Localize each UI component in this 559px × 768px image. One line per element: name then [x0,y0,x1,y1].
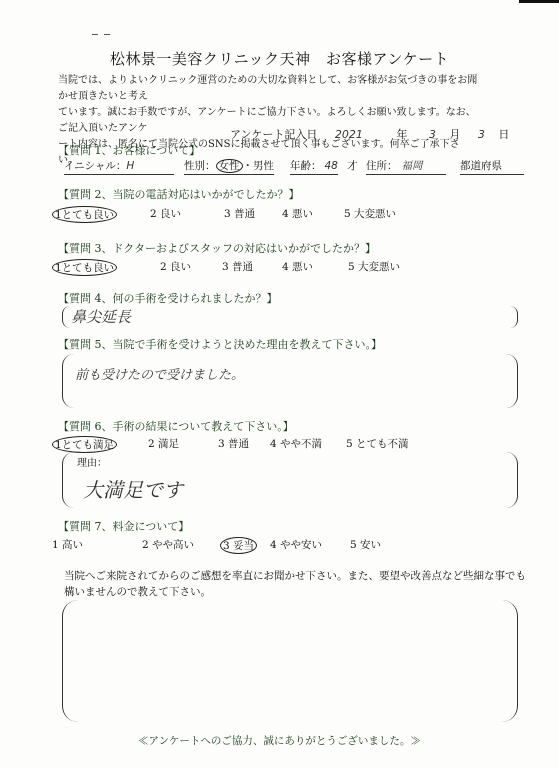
q3-option-3[interactable]: 3 普通 [222,259,253,274]
address-label: 住所： [366,160,398,172]
address-value: 福岡 [402,160,423,172]
q7-option-4[interactable]: 4 やや安い [270,537,322,552]
q6-option-3[interactable]: 3 普通 [218,436,249,451]
q6-option-1[interactable]: 1とても満足 [52,436,117,453]
q2-option-4[interactable]: 4 悪い [282,206,313,221]
comments-prompt-line: 当院へご来院されてからのご感想を率直にお聞かせ下さい。また、要望や改善点など些細… [64,568,526,584]
comments-prompt: 当院へご来院されてからのご感想を率直にお聞かせ下さい。また、要望や改善点など些細… [64,568,526,600]
q3-heading: 【質問 3、ドクターおよびスタッフの対応はいかがでしたか？】 [58,240,376,256]
q2-options: 1とても良い 2 良い 3 普通 4 悪い 5 大変悪い [52,206,512,222]
age-value: 48 [325,160,338,172]
q5-heading: 【質問 5、当院で手術を受けようと決めた理由を教えて下さい。】 [58,336,382,352]
q2-heading: 【質問 2、当院の電話対応はいかがでしたか？】 [58,186,300,202]
scan-artifact [519,0,559,3]
q7-option-3[interactable]: 3 妥当 [220,537,257,554]
gender-label: 性別： [184,160,216,172]
q2-option-1[interactable]: 1とても良い [52,206,117,223]
age-unit: 才 [347,158,358,173]
q6-reason-label: 理由： [77,454,107,469]
day-unit: 日 [498,128,509,141]
prefecture-label: 都道府県 [460,158,524,175]
date-label: アンケート記入日 [230,128,317,141]
address-field[interactable]: 住所：福岡 [366,158,446,175]
comments-prompt-line: 構いませんので教えて下さい。 [64,584,526,600]
q7-options: 1 高い 2 やや高い 3 妥当 4 やや安い 5 安い [52,537,512,553]
q6-option-4[interactable]: 4 やや不満 [270,436,322,451]
q3-option-2[interactable]: 2 良い [160,259,191,274]
date-year[interactable]: 2021 [335,128,363,141]
q7-heading: 【質問 7、料金について】 [58,518,189,534]
q6-option-2[interactable]: 2 満足 [148,436,179,451]
gender-sep: ・ [243,160,254,172]
gender-female-option[interactable]: 女性 [216,159,243,173]
intro-line: 当院では、よりよいクリニック運営のための大切な資料として、お客様がお気づきの事を… [58,73,478,105]
initial-value: H [126,160,134,172]
date-day[interactable]: 3 [478,128,485,141]
initial-label: イニシャル： [64,160,126,172]
q7-option-2[interactable]: 2 やや高い [142,537,194,552]
q6-option-5[interactable]: 5 とても不満 [346,436,409,451]
q2-option-3[interactable]: 3 普通 [224,206,255,221]
footer-thanks: ≪アンケートへのご協力、誠にありがとうございました。≫ [0,733,559,748]
date-month[interactable]: 3 [429,128,436,141]
q4-heading: 【質問 4、何の手術を受けられましたか？】 [58,290,278,306]
q6-options: 1とても満足 2 満足 3 普通 4 やや不満 5 とても不満 [52,436,512,452]
q3-options: 1とても良い 2 良い 3 普通 4 悪い 5 大変悪い [52,259,512,275]
scan-mark [104,34,110,35]
q1-heading: 【質問 1、お客様について】 [58,142,200,158]
scan-mark [92,34,98,35]
q5-answer: 前も受けたので受けました。 [75,364,244,383]
survey-date: アンケート記入日 2021 年 3 月 3 日 [230,126,509,142]
initial-field[interactable]: イニシャル：H [64,158,174,175]
comments-answer-box[interactable] [62,600,518,722]
gender-male-option[interactable]: 男性 [253,160,274,172]
q3-option-1[interactable]: 1とても良い [52,259,117,276]
q7-option-1[interactable]: 1 高い [52,537,83,552]
q6-reason: 大満足です [83,474,183,503]
q3-option-5[interactable]: 5 大変悪い [348,259,400,274]
month-unit: 月 [449,128,460,141]
page-title: 松林景一美容クリニック天神 お客様アンケート [0,48,559,69]
q6-heading: 【質問 6、手術の結果について教えて下さい。】 [58,418,294,434]
q2-option-2[interactable]: 2 良い [150,206,181,221]
gender-field: 性別：女性・男性 [184,158,274,175]
q4-answer-box[interactable]: 鼻尖延長 [62,306,518,328]
q7-option-5[interactable]: 5 安い [350,537,381,552]
year-unit: 年 [396,128,407,141]
q3-option-4[interactable]: 4 悪い [282,259,313,274]
q6-reason-box[interactable]: 理由： 大満足です [62,452,518,508]
age-label: 年齢： [290,160,322,172]
q4-answer: 鼻尖延長 [71,306,131,327]
q1-fields: イニシャル：H 性別：女性・男性 年齢：48 才 住所：福岡 都道府県 [64,158,524,174]
q2-option-5[interactable]: 5 大変悪い [344,206,396,221]
age-field[interactable]: 年齢：48 [290,158,338,175]
q5-answer-box[interactable]: 前も受けたので受けました。 [62,354,518,408]
